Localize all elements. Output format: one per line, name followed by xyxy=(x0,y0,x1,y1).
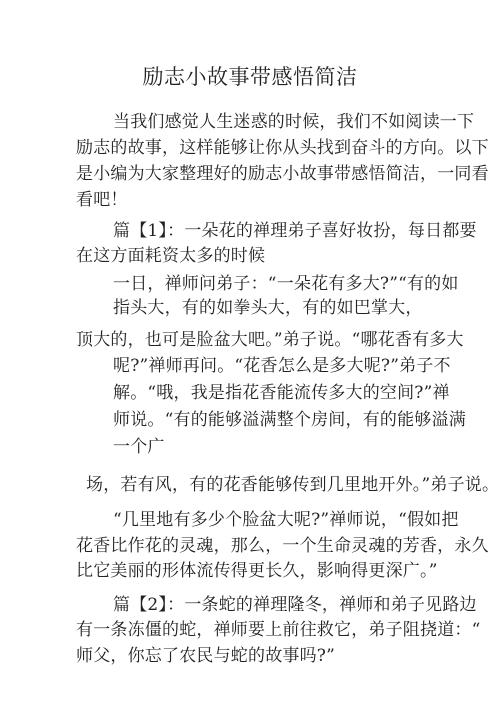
document-title: 励志小故事带感悟简洁 xyxy=(0,64,500,90)
text-line: 在这方面耗资太多的时候 xyxy=(76,246,265,266)
text-line: 一日，禅师问弟子：“一朵花有多大?”“有的如 xyxy=(113,274,459,294)
text-line: “几里地有多少个脸盆大呢?”禅师说，“假如把 xyxy=(113,510,459,530)
text-line: 解。“哦，我是指花香能流传多大的空间?”禅 xyxy=(113,383,450,403)
text-line: 师说。“有的能够溢满整个房间，有的能够溢满 xyxy=(113,410,466,430)
text-line: 励志的故事，这样能够让你从头找到奋斗的方向。以下 xyxy=(76,138,489,158)
text-line: 比它美丽的形体流传得更长久，影响得更深广。” xyxy=(76,561,438,581)
text-line: 篇【1】：一朵花的禅理弟子喜好妆扮，每日都要 xyxy=(113,221,477,241)
text-line: 当我们感觉人生迷惑的时候，我们不如阅读一下 xyxy=(113,112,474,132)
text-line: 指头大，有的如拳头大，有的如巴掌大， xyxy=(113,298,423,318)
text-line: 师父，你忘了农民与蛇的故事吗?” xyxy=(76,646,335,666)
text-line: 看吧！ xyxy=(76,190,128,210)
text-line: 篇【2】：一条蛇的禅理隆冬，禅师和弟子见路边 xyxy=(113,595,477,615)
text-line: 有一条冻僵的蛇，禅师要上前往救它，弟子阻挠道：“ xyxy=(76,620,481,640)
text-line: 花香比作花的灵魂，那么，一个生命灵魂的芳香，永久 xyxy=(76,536,489,556)
text-line: 场，若有风，有的花香能够传到几里地开外。”弟子说。 xyxy=(86,475,499,495)
text-line: 是小编为大家整理好的励志小故事带感悟简洁，一同看 xyxy=(76,164,489,184)
text-line: 呢?”禅师再问。“花香怎么是多大呢?”弟子不 xyxy=(113,356,451,376)
text-line: 一个广 xyxy=(113,437,165,457)
text-line: 顶大的，也可是脸盆大吧。”弟子说。“哪花香有多大 xyxy=(76,330,464,350)
